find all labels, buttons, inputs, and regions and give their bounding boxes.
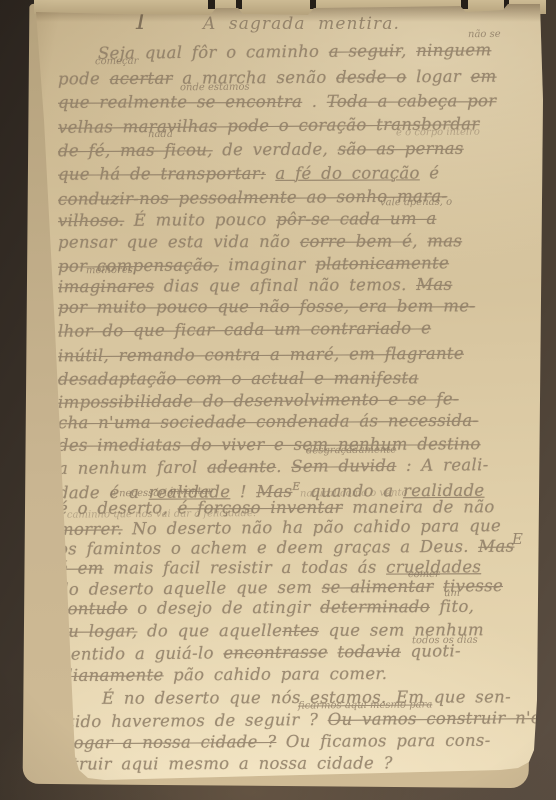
- text-segment: ninguem: [416, 40, 491, 60]
- text-segment: encontrasse: [223, 642, 328, 662]
- interlinear-note: melhores,: [86, 266, 136, 276]
- text-segment: sentido a guiá-lo: [62, 643, 223, 663]
- text-segment: Mas: [416, 275, 452, 294]
- text-segment: que há de transportar:: [58, 164, 266, 184]
- manuscript-line: cha n'uma sociedade condenada ás necessi…: [58, 413, 478, 432]
- manuscript-line: de fé, mas ficou, de verdade, são as per…: [58, 141, 464, 160]
- manuscript-line: dianamente pão cahido para comer.: [62, 666, 387, 684]
- text-segment: do deserto aquelle que sem: [58, 578, 322, 599]
- text-segment: tido haveremos de seguir ?: [68, 710, 328, 731]
- text-segment: por muito pouco que não fosse, era bem m…: [58, 296, 475, 316]
- text-segment: que realmente se encontra: [58, 92, 302, 112]
- text-segment: imaginar: [219, 254, 316, 274]
- text-segment: .: [302, 92, 327, 111]
- manuscript-line: que realmente se encontra . Toda a cabeç…: [58, 93, 496, 111]
- interlinear-note: ficarmos aqui mesmo para: [298, 700, 432, 711]
- manuscript-line: vilhoso. É muito pouco pôr-se cada um a: [58, 211, 437, 230]
- manuscript-line: des imediatas do viver e sem nenhum dest…: [58, 436, 481, 454]
- text-segment: de fé, mas ficou,: [58, 140, 213, 160]
- manuscript-line: imaginares dias que afinal não temos. Ma…: [58, 277, 452, 296]
- manuscript-line: pode acertar a marcha senão desde o loga…: [58, 69, 497, 88]
- interlinear-note: é necessário: [110, 489, 173, 500]
- text-segment: pensar que esta vida não: [58, 232, 300, 252]
- manuscript-line: sentido a guiá-lo encontrasse todavia qu…: [62, 643, 461, 663]
- text-segment: logar a nossa cidade ?: [68, 732, 276, 752]
- interlinear-note: um: [444, 589, 460, 599]
- text-segment: mas: [427, 231, 462, 250]
- text-segment: .: [276, 457, 291, 476]
- interlinear-note: inventar: [170, 487, 213, 497]
- text-segment: inútil, remando contra a maré, em flagra…: [58, 344, 464, 365]
- text-segment: dias que afinal não temos.: [154, 275, 416, 296]
- text-segment: Toda a cabeça por: [327, 91, 497, 111]
- perforation-notch: [208, 0, 215, 9]
- interlinear-note: não se: [468, 30, 501, 40]
- text-segment: os famintos o achem e deem graças a Deus…: [58, 537, 478, 559]
- perforation-notch: [461, 0, 468, 9]
- manuscript-line: logar a nossa cidade ? Ou ficamos para c…: [68, 733, 491, 752]
- text-segment: corre bem é: [300, 231, 412, 250]
- text-segment: : A reali-: [396, 455, 488, 475]
- manuscript-page: I A sagrada mentira. Seja qual fôr o cam…: [0, 0, 556, 800]
- manuscript-line: inútil, remando contra a maré, em flagra…: [58, 346, 464, 365]
- text-segment: Sem duvida: [291, 456, 396, 476]
- text-segment: ou logar,: [58, 621, 138, 640]
- manuscript-line: Seja qual fôr o caminho a seguir, ningue…: [98, 42, 492, 62]
- text-segment: mais facil resistir a todas ás: [104, 558, 387, 578]
- text-segment: o desejo de atingir: [128, 598, 321, 618]
- text-segment: do que aquelle: [137, 621, 282, 641]
- text-segment: [266, 164, 276, 183]
- interlinear-note: desgraçadamente: [306, 446, 396, 457]
- manuscript-line: que há de transportar: a fé do coração é: [58, 165, 439, 183]
- text-segment: desadaptação com o actual e manifesta: [58, 368, 419, 388]
- text-segment: desde o: [336, 67, 407, 86]
- manuscript-line: morrer. No deserto não ha pão cahido par…: [58, 518, 501, 538]
- manuscript-line: tido haveremos de seguir ? Ou vamos cons…: [68, 710, 556, 731]
- text-segment: Mas: [478, 537, 514, 556]
- manuscript-line: contudo o desejo de atingir determinado …: [58, 599, 474, 618]
- handwriting-layer: I A sagrada mentira. Seja qual fôr o cam…: [0, 0, 556, 800]
- manuscript-line: do deserto aquelle que sem se alimentar …: [58, 578, 503, 598]
- text-segment: é: [420, 163, 440, 182]
- text-segment: truir aqui mesmo a nossa cidade ?: [72, 753, 393, 773]
- interlinear-note: começar: [95, 57, 138, 67]
- text-segment: pode: [58, 69, 110, 88]
- text-segment: Ou ficamos para cons-: [276, 731, 490, 751]
- manuscript-line: os famintos o achem e deem graças a Deus…: [58, 539, 514, 558]
- text-segment: acertar: [110, 69, 173, 88]
- text-segment: impossibilidade do desenvolvimento e se …: [58, 389, 459, 411]
- text-segment: imaginares: [58, 277, 154, 297]
- text-segment: são as pernas: [338, 139, 464, 159]
- manuscript-line: a nenhum farol adeante. Sem duvida : A r…: [58, 457, 489, 477]
- text-segment: pão cahido para comer.: [164, 664, 388, 684]
- text-segment: cha n'uma sociedade condenada ás necessi…: [58, 411, 479, 433]
- manuscript-line: impossibilidade do desenvolvimento e se …: [58, 391, 459, 411]
- text-segment: des imediatas do viver e sem nenhum dest…: [58, 434, 481, 454]
- page-title: A sagrada mentira.: [203, 16, 400, 33]
- text-segment: de verdade,: [213, 140, 338, 160]
- interlinear-note: onde estamos: [180, 83, 250, 94]
- interlinear-note: nada: [148, 130, 173, 140]
- manuscript-line: pensar que esta vida não corre bem é, ma…: [58, 233, 462, 251]
- text-segment: morrer.: [58, 519, 123, 539]
- perforation-notch: [236, 0, 242, 9]
- text-segment: pôr-se cada um a: [276, 209, 436, 229]
- text-segment: todavia: [337, 642, 401, 662]
- text-segment: adeante: [207, 457, 276, 477]
- interlinear-note: E: [512, 532, 523, 547]
- perforation-notch: [310, 0, 316, 9]
- interlinear-note: único caminho que nos vai dar á felicida…: [36, 509, 256, 521]
- manuscript-line: por muito pouco que não fosse, era bem m…: [58, 298, 475, 316]
- text-segment: ,: [412, 231, 427, 250]
- text-segment: por compensação,: [58, 255, 219, 275]
- text-segment: determinado: [320, 597, 430, 617]
- text-segment: dianamente: [62, 665, 164, 685]
- text-segment: a nenhum farol: [58, 458, 207, 478]
- interlinear-note: natural como o vento: [300, 489, 408, 500]
- text-segment: logar: [406, 67, 470, 86]
- interlinear-note: vale apenas, o: [380, 198, 452, 209]
- text-segment: a fé do coração: [275, 163, 419, 183]
- text-segment: vilhoso.: [58, 211, 124, 230]
- manuscript-line: lhor do que ficar cada um contrariado e: [58, 320, 431, 340]
- manuscript-line: truir aqui mesmo a nossa cidade ?: [72, 755, 393, 773]
- text-segment: É muito pouco: [124, 210, 276, 230]
- text-segment: lhor do que ficar cada um contrariado e: [58, 318, 431, 340]
- text-segment: ntes: [282, 621, 319, 640]
- text-segment: maneira de não: [343, 497, 495, 517]
- manuscript-line: desadaptação com o actual e manifesta: [58, 370, 419, 388]
- photo-background: I A sagrada mentira. Seja qual fôr o cam…: [0, 0, 556, 800]
- text-segment: fito,: [430, 597, 474, 616]
- text-segment: a seguir: [329, 41, 401, 61]
- text-segment: platonicamente: [315, 253, 449, 273]
- interlinear-note: é o corpo inteiro: [396, 128, 480, 139]
- text-segment: ,: [401, 41, 416, 60]
- interlinear-note: todos os dias: [412, 636, 478, 647]
- text-segment: em: [471, 67, 497, 86]
- interlinear-note: comer: [408, 570, 440, 580]
